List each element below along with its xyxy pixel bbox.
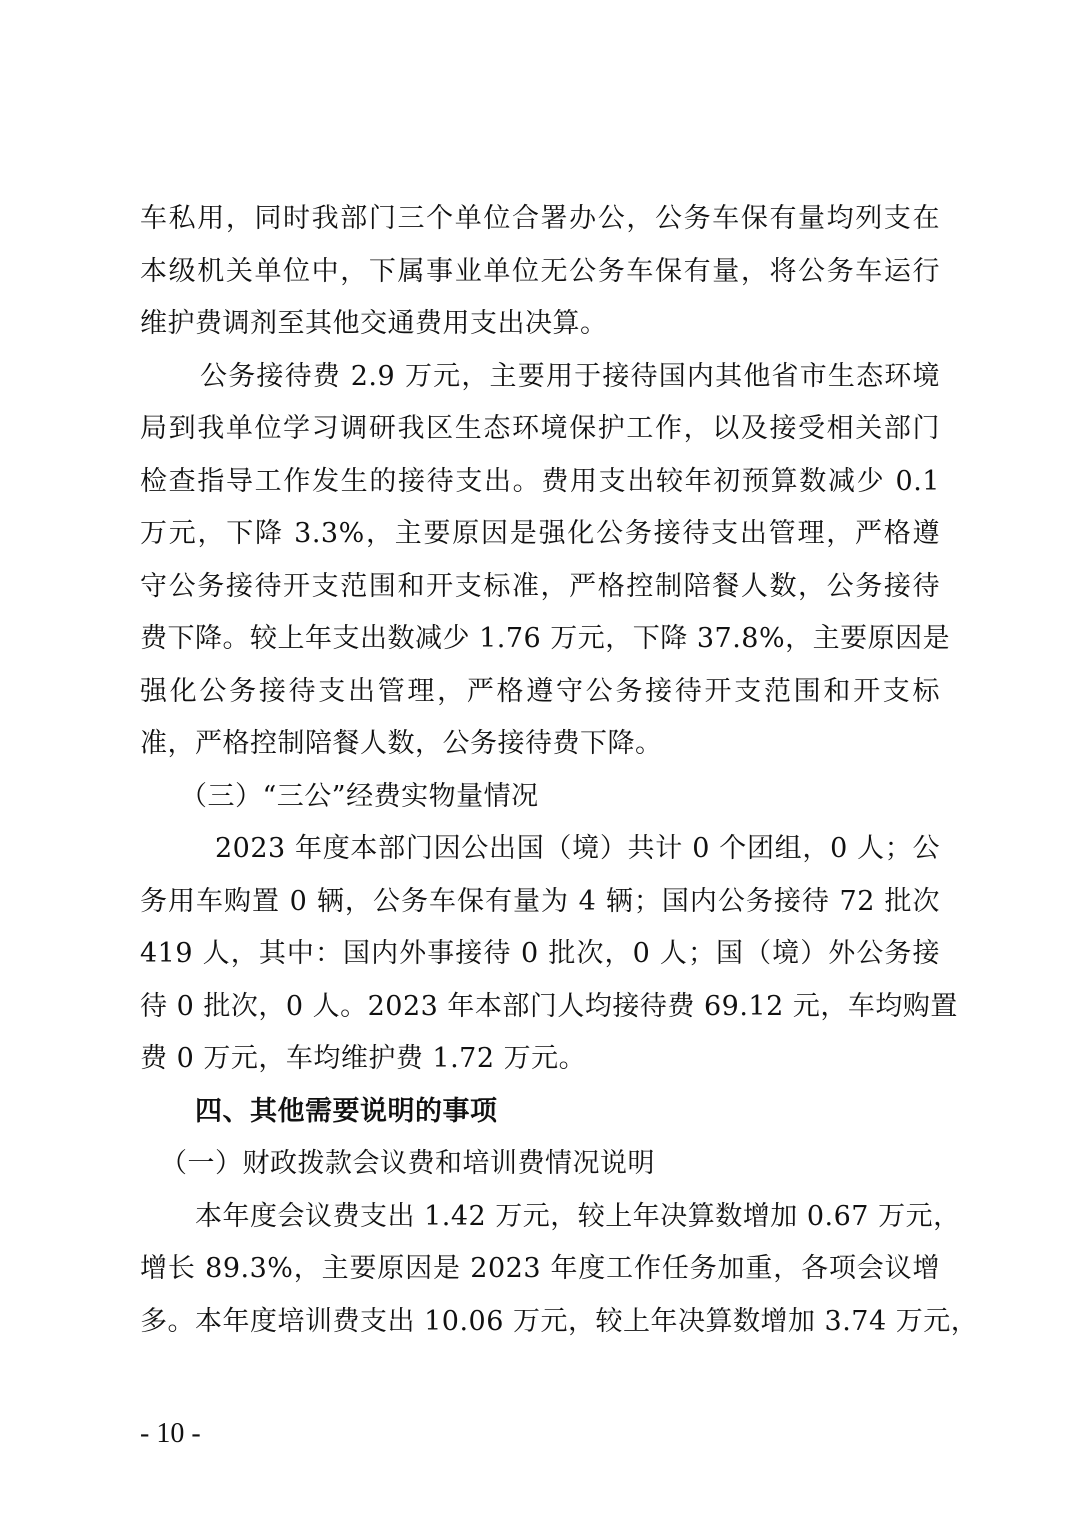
- paragraph-line: 本级机关单位中，下属事业单位无公务车保有量，将公务车运行: [140, 255, 940, 289]
- document-page: 车私用，同时我部门三个单位合署办公，公务车保有量均列支在 本级机关单位中，下属事…: [0, 0, 1075, 1520]
- page-number: - 10 -: [140, 1418, 201, 1450]
- paragraph-line: 强化公务接待支出管理，严格遵守公务接待开支范围和开支标: [140, 675, 940, 709]
- paragraph-line: 守公务接待开支范围和开支标准，严格控制陪餐人数，公务接待: [140, 570, 940, 604]
- paragraph-line: 费 0 万元，车均维护费 1.72 万元。: [140, 1042, 940, 1076]
- section-heading-4: 四、其他需要说明的事项: [195, 1095, 995, 1129]
- paragraph-line: 待 0 批次，0 人。2023 年本部门人均接待费 69.12 元，车均购置: [140, 990, 940, 1024]
- subsection-heading-1: （一）财政拨款会议费和培训费情况说明: [160, 1147, 960, 1181]
- paragraph-line: 多。本年度培训费支出 10.06 万元，较上年决算数增加 3.74 万元，: [140, 1305, 940, 1339]
- paragraph-line: 增长 89.3%，主要原因是 2023 年度工作任务加重，各项会议增: [140, 1252, 940, 1286]
- paragraph-line: 准，严格控制陪餐人数，公务接待费下降。: [140, 727, 940, 761]
- paragraph-line: 费下降。较上年支出数减少 1.76 万元，下降 37.8%，主要原因是: [140, 622, 940, 656]
- paragraph-line: 419 人，其中：国内外事接待 0 批次，0 人；国（境）外公务接: [140, 937, 940, 971]
- paragraph-line: 本年度会议费支出 1.42 万元，较上年决算数增加 0.67 万元，: [195, 1200, 940, 1234]
- paragraph-line: 务用车购置 0 辆，公务车保有量为 4 辆；国内公务接待 72 批次: [140, 885, 940, 919]
- paragraph-line: 检查指导工作发生的接待支出。费用支出较年初预算数减少 0.1: [140, 465, 940, 499]
- paragraph-line: 万元，下降 3.3%，主要原因是强化公务接待支出管理，严格遵: [140, 517, 940, 551]
- paragraph-line: 2023 年度本部门因公出国（境）共计 0 个团组，0 人；公: [215, 832, 940, 866]
- paragraph-line: 维护费调剂至其他交通费用支出决算。: [140, 307, 940, 341]
- paragraph-line: 局到我单位学习调研我区生态环境保护工作，以及接受相关部门: [140, 412, 940, 446]
- paragraph-line: 公务接待费 2.9 万元，主要用于接待国内其他省市生态环境: [200, 360, 940, 394]
- paragraph-line: 车私用，同时我部门三个单位合署办公，公务车保有量均列支在: [140, 202, 940, 236]
- section-heading-3: （三）“三公”经费实物量情况: [180, 780, 980, 814]
